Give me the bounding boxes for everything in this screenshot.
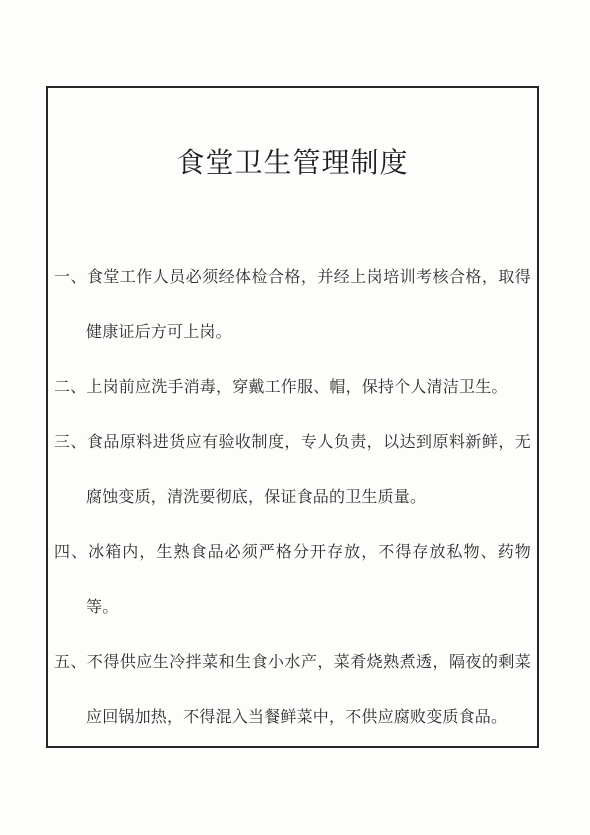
regulation-item: 二、上岗前应洗手消毒，穿戴工作服、帽，保持个人清洁卫生。 [54, 360, 531, 415]
item-text: 食品原料进货应有验收制度，专人负责，以达到原料新鲜，无腐蚀变质，清洗要彻底，保证… [86, 434, 531, 506]
item-text: 上岗前应洗手消毒，穿戴工作服、帽，保持个人清洁卫生。 [86, 379, 507, 396]
regulation-item: 五、不得供应生冷拌菜和生食小水产，菜肴烧熟煮透，隔夜的剩菜应回锅加热，不得混入当… [54, 635, 531, 745]
document-page: 食堂卫生管理制度 一、食堂工作人员必须经体检合格，并经上岗培训考核合格，取得健康… [46, 86, 539, 748]
item-number: 一、 [54, 269, 87, 286]
regulation-list: 一、食堂工作人员必须经体检合格，并经上岗培训考核合格，取得健康证后方可上岗。 二… [54, 250, 531, 745]
item-text: 冰箱内，生熟食品必须严格分开存放，不得存放私物、药物等。 [86, 544, 531, 616]
item-text: 不得供应生冷拌菜和生食小水产，菜肴烧熟煮透，隔夜的剩菜应回锅加热，不得混入当餐鲜… [86, 654, 531, 726]
document-title: 食堂卫生管理制度 [54, 144, 531, 184]
item-number: 五、 [54, 654, 87, 671]
item-number: 三、 [54, 434, 87, 451]
item-number: 二、 [54, 379, 86, 396]
item-text: 食堂工作人员必须经体检合格，并经上岗培训考核合格，取得健康证后方可上岗。 [86, 269, 531, 341]
regulation-item: 一、食堂工作人员必须经体检合格，并经上岗培训考核合格，取得健康证后方可上岗。 [54, 250, 531, 360]
regulation-item: 三、食品原料进货应有验收制度，专人负责，以达到原料新鲜，无腐蚀变质，清洗要彻底，… [54, 415, 531, 525]
regulation-item: 四、冰箱内，生熟食品必须严格分开存放，不得存放私物、药物等。 [54, 525, 531, 635]
item-number: 四、 [54, 544, 88, 561]
document-content: 食堂卫生管理制度 一、食堂工作人员必须经体检合格，并经上岗培训考核合格，取得健康… [48, 88, 537, 745]
